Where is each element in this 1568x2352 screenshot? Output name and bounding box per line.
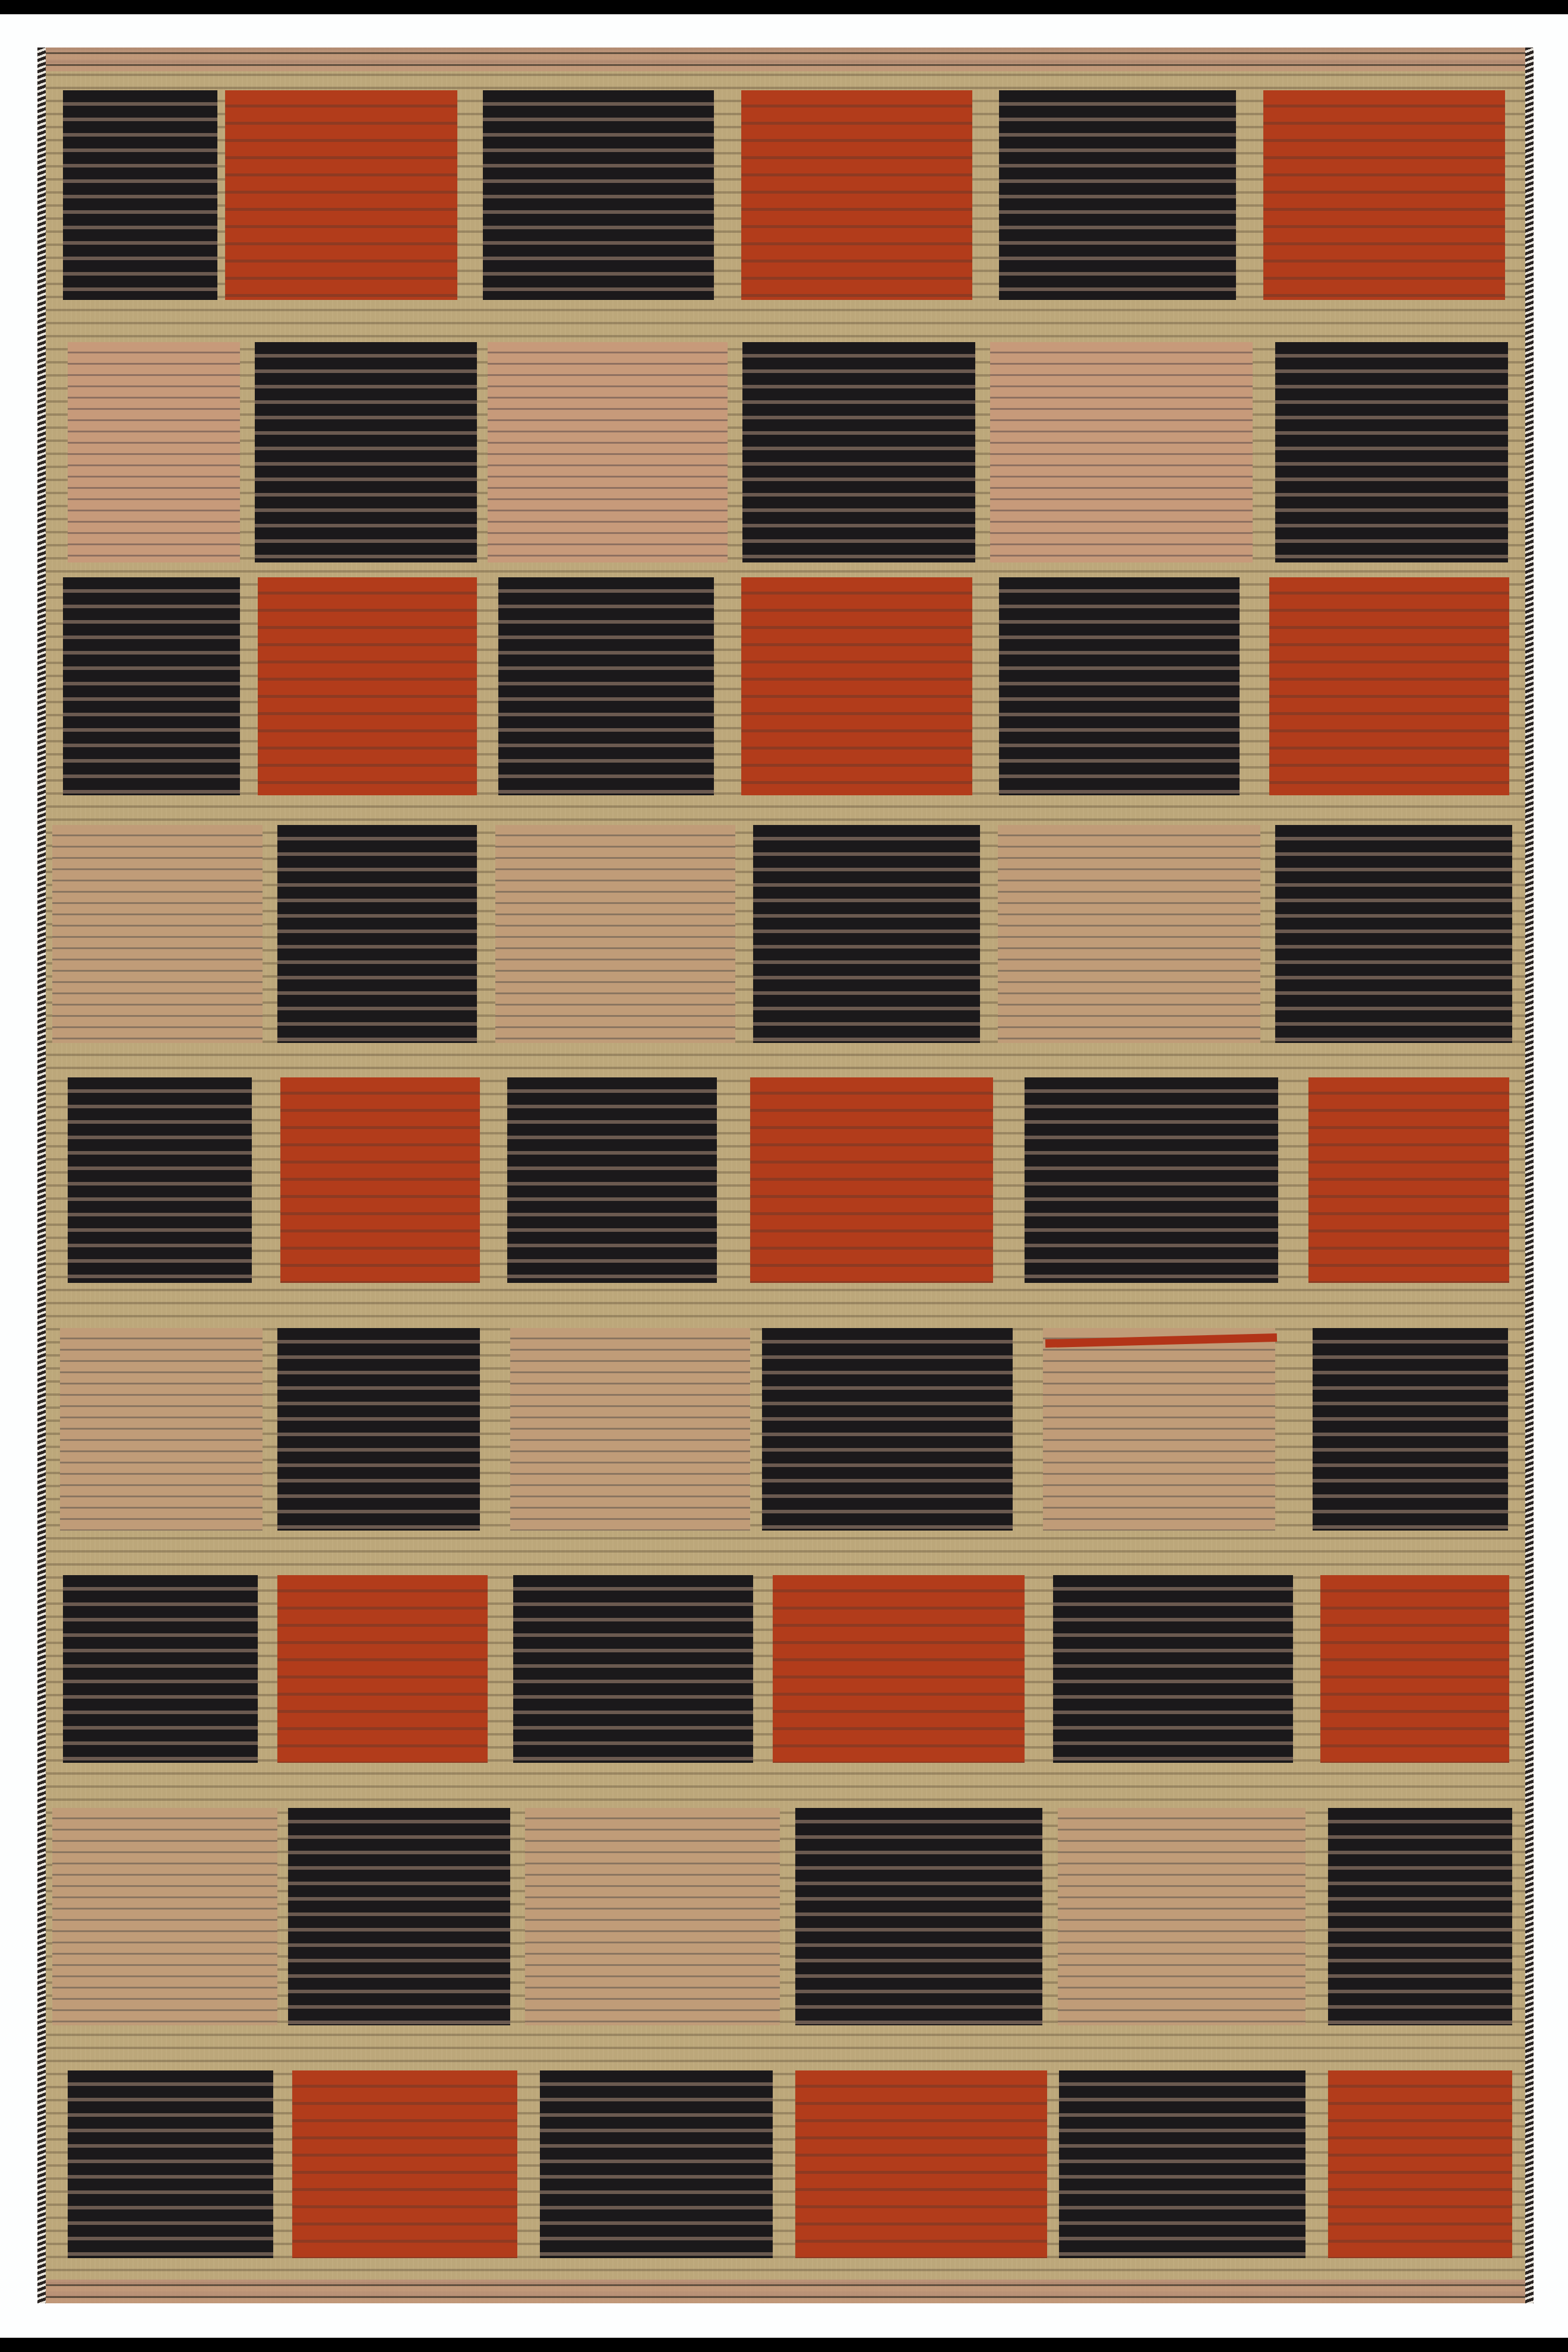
rug-block-rust bbox=[741, 90, 972, 300]
rug-block-black bbox=[63, 90, 217, 300]
rug-block-pink bbox=[990, 342, 1253, 562]
rug-block-black bbox=[1025, 1077, 1278, 1283]
rug-block-black bbox=[1275, 825, 1512, 1043]
rug-block-black bbox=[742, 342, 975, 562]
rug-block-rust bbox=[225, 90, 457, 300]
rug-block-tan bbox=[52, 825, 263, 1043]
rug-block-rust bbox=[277, 1575, 488, 1763]
rug-block-black bbox=[999, 90, 1236, 300]
top-edge-band bbox=[46, 48, 1525, 71]
rug-block-rust bbox=[1263, 90, 1505, 300]
right-selvedge bbox=[1525, 48, 1534, 2303]
rug-block-black bbox=[999, 577, 1240, 795]
rug-block-pink bbox=[68, 342, 240, 562]
rug-block-black bbox=[483, 90, 714, 300]
left-selvedge bbox=[37, 48, 46, 2303]
bottom-edge-band bbox=[46, 2280, 1525, 2303]
bottom-frame-bar bbox=[0, 2338, 1568, 2352]
rug-block-black bbox=[63, 1575, 258, 1763]
rug-block-black bbox=[1328, 1808, 1512, 2025]
rug-block-tan bbox=[1058, 1808, 1305, 2025]
rug-block-tan bbox=[495, 825, 735, 1043]
rug-block-black bbox=[762, 1328, 1013, 1531]
rug-block-black bbox=[540, 2070, 773, 2258]
rug-block-rust bbox=[1269, 577, 1509, 795]
rug-block-rust bbox=[1328, 2070, 1512, 2258]
rug-block-tan bbox=[60, 1328, 263, 1531]
rug-block-black bbox=[255, 342, 477, 562]
rug-block-black bbox=[63, 577, 240, 795]
rug-block-rust bbox=[1308, 1077, 1509, 1283]
rug-block-black bbox=[68, 2070, 273, 2258]
rug-block-tan bbox=[1043, 1328, 1275, 1531]
rug-block-black bbox=[1313, 1328, 1508, 1531]
rug-block-rust bbox=[1320, 1575, 1509, 1763]
rug-block-tan bbox=[525, 1808, 780, 2025]
rug-block-rust bbox=[280, 1077, 480, 1283]
rug-block-tan bbox=[510, 1328, 750, 1531]
rug-block-tan bbox=[52, 1808, 277, 2025]
rug bbox=[37, 48, 1534, 2303]
rug-block-black bbox=[277, 1328, 480, 1531]
rug-block-rust bbox=[258, 577, 477, 795]
rug-block-rust bbox=[773, 1575, 1025, 1763]
rug-block-black bbox=[498, 577, 714, 795]
rug-block-black bbox=[277, 825, 477, 1043]
rug-block-black bbox=[68, 1077, 252, 1283]
top-frame-bar bbox=[0, 0, 1568, 14]
rug-block-black bbox=[507, 1077, 717, 1283]
rug-block-black bbox=[288, 1808, 510, 2025]
rug-block-black bbox=[1053, 1575, 1293, 1763]
rug-block-rust bbox=[292, 2070, 517, 2258]
rug-block-rust bbox=[795, 2070, 1047, 2258]
rug-block-black bbox=[753, 825, 980, 1043]
rug-block-rust bbox=[750, 1077, 993, 1283]
rug-block-black bbox=[1059, 2070, 1305, 2258]
rug-block-tan bbox=[998, 825, 1260, 1043]
rug-block-rust bbox=[741, 577, 972, 795]
rug-block-black bbox=[795, 1808, 1042, 2025]
rug-block-black bbox=[513, 1575, 753, 1763]
rug-block-pink bbox=[488, 342, 728, 562]
rug-block-black bbox=[1275, 342, 1508, 562]
